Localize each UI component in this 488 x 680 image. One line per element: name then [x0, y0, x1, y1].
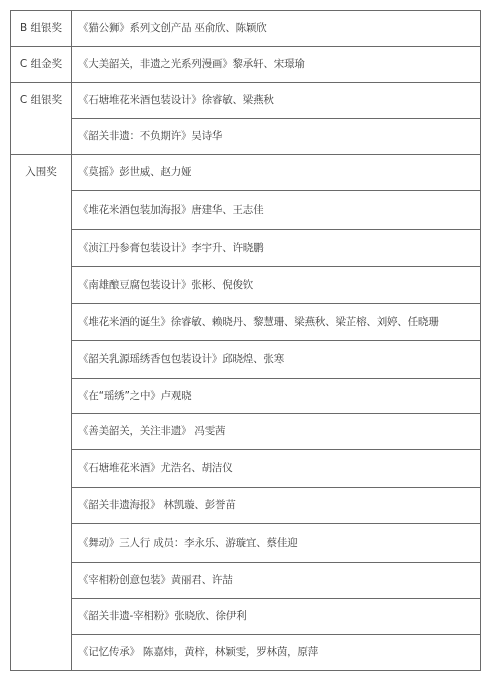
- award-entry: 《大美韶关，非遗之光系列漫画》黎承轩、宋璟瑜: [72, 47, 481, 83]
- award-category: B 组银奖: [11, 11, 72, 47]
- table-row: 《浈江丹参膏包装设计》李宇升、许晓鹏: [11, 230, 481, 267]
- table-row: B 组银奖《猫公狮》系列文创产品 巫俞欣、陈颖欣: [11, 11, 481, 47]
- table-row: 《在“瑶绣”之中》卢观晓: [11, 379, 481, 414]
- award-entry: 《猫公狮》系列文创产品 巫俞欣、陈颖欣: [72, 11, 481, 47]
- award-entry: 《堆花米酒包装加海报》唐建华、王志佳: [72, 191, 481, 230]
- award-category: C 组银奖: [11, 83, 72, 155]
- award-entry: 《韶关乳源瑶绣香包包装设计》邱晓煌、张寒: [72, 341, 481, 379]
- awards-table-body: B 组银奖《猫公狮》系列文创产品 巫俞欣、陈颖欣C 组金奖《大美韶关，非遗之光系…: [11, 11, 481, 671]
- award-entry: 《韶关非遗海报》 林凯璇、彭誉苗: [72, 488, 481, 524]
- award-entry: 《记忆传承》 陈嘉炜，黄梓，林颖雯，罗林茵，原萍: [72, 635, 481, 671]
- table-row: 《宰相粉创意包装》黄丽君、许喆: [11, 563, 481, 599]
- award-category: 入围奖: [11, 155, 72, 671]
- table-row: 《韶关非遗：不负期许》吴诗华: [11, 119, 481, 155]
- table-row: 《记忆传承》 陈嘉炜，黄梓，林颖雯，罗林茵，原萍: [11, 635, 481, 671]
- table-row: 《韶关乳源瑶绣香包包装设计》邱晓煌、张寒: [11, 341, 481, 379]
- table-row: 《石塘堆花米酒》尤浩名、胡洁仪: [11, 450, 481, 488]
- award-entry: 《宰相粉创意包装》黄丽君、许喆: [72, 563, 481, 599]
- award-entry: 《莫摇》彭世威、赵力娅: [72, 155, 481, 191]
- table-row: C 组银奖《石塘堆花米酒包装设计》徐睿敏、梁燕秋: [11, 83, 481, 119]
- table-row: C 组金奖《大美韶关，非遗之光系列漫画》黎承轩、宋璟瑜: [11, 47, 481, 83]
- awards-table: B 组银奖《猫公狮》系列文创产品 巫俞欣、陈颖欣C 组金奖《大美韶关，非遗之光系…: [10, 10, 481, 671]
- award-entry: 《韶关非遗-宰相粉》张晓欣、徐伊利: [72, 599, 481, 635]
- table-row: 《堆花米酒的诞生》徐睿敏、赖晓丹、黎慧珊、梁燕秋、梁芷榕、刘婷、任晓珊: [11, 304, 481, 341]
- award-entry: 《南雄酿豆腐包装设计》张彬、倪俊钦: [72, 267, 481, 304]
- award-entry: 《堆花米酒的诞生》徐睿敏、赖晓丹、黎慧珊、梁燕秋、梁芷榕、刘婷、任晓珊: [72, 304, 481, 341]
- award-category: C 组金奖: [11, 47, 72, 83]
- award-entry: 《石塘堆花米酒》尤浩名、胡洁仪: [72, 450, 481, 488]
- award-entry: 《浈江丹参膏包装设计》李宇升、许晓鹏: [72, 230, 481, 267]
- table-row: 《善美韶关，关注非遗》 冯雯茜: [11, 414, 481, 450]
- table-row: 《堆花米酒包装加海报》唐建华、王志佳: [11, 191, 481, 230]
- award-entry: 《在“瑶绣”之中》卢观晓: [72, 379, 481, 414]
- table-row: 入围奖《莫摇》彭世威、赵力娅: [11, 155, 481, 191]
- award-entry: 《舞动》三人行 成员：李永乐、游璇宜、蔡佳迎: [72, 524, 481, 563]
- award-entry: 《韶关非遗：不负期许》吴诗华: [72, 119, 481, 155]
- award-entry: 《石塘堆花米酒包装设计》徐睿敏、梁燕秋: [72, 83, 481, 119]
- award-entry: 《善美韶关，关注非遗》 冯雯茜: [72, 414, 481, 450]
- table-row: 《南雄酿豆腐包装设计》张彬、倪俊钦: [11, 267, 481, 304]
- table-row: 《舞动》三人行 成员：李永乐、游璇宜、蔡佳迎: [11, 524, 481, 563]
- table-row: 《韶关非遗-宰相粉》张晓欣、徐伊利: [11, 599, 481, 635]
- table-row: 《韶关非遗海报》 林凯璇、彭誉苗: [11, 488, 481, 524]
